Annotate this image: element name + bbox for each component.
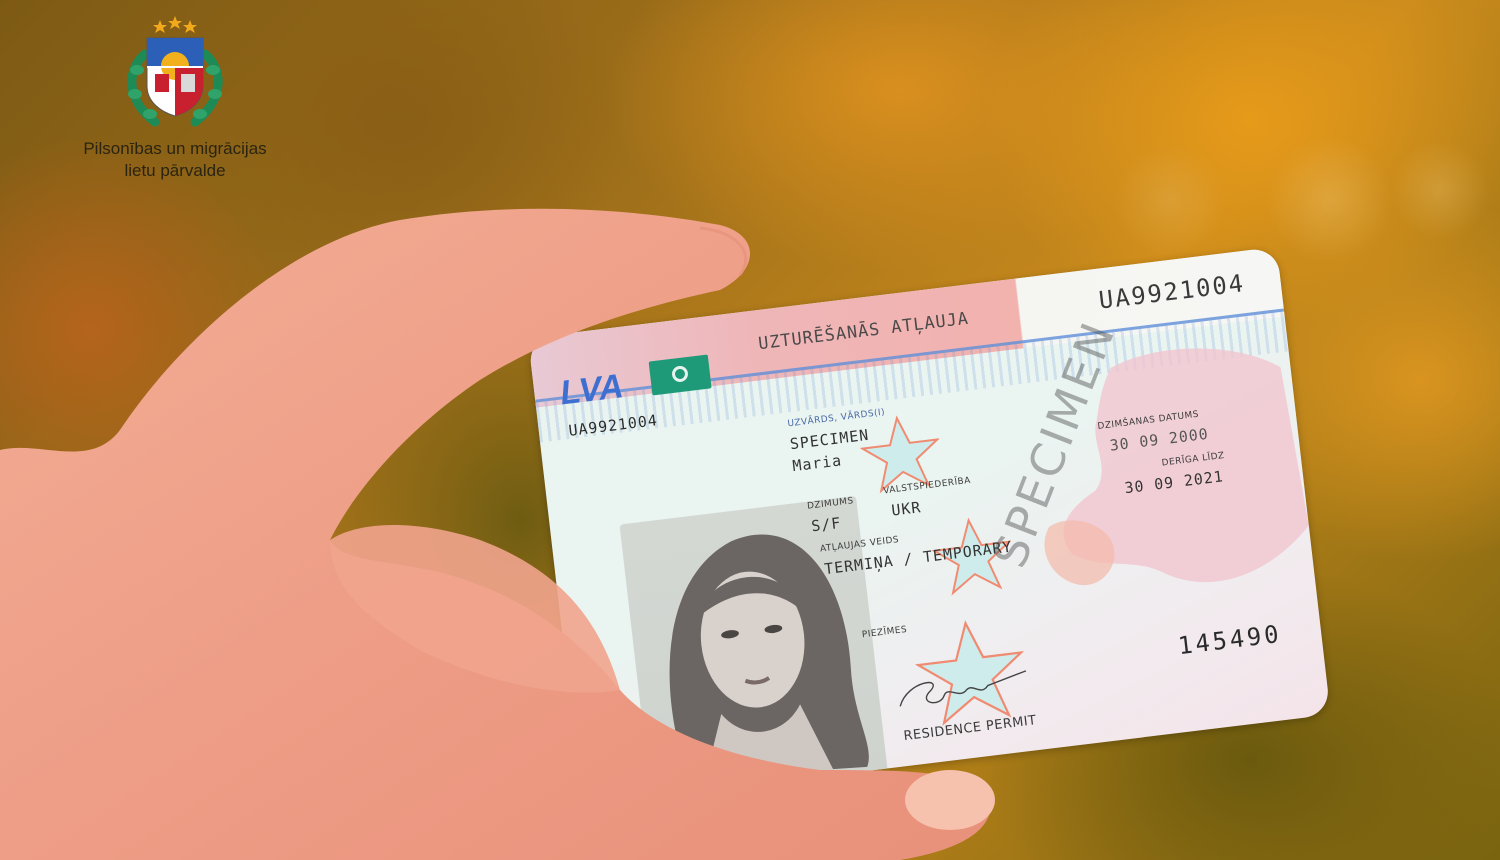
given-name-value: Maria xyxy=(792,451,843,475)
agency-name-line1: Pilsonības un migrācijas xyxy=(60,138,290,160)
agency-logo: Pilsonības un migrācijas lietu pārvalde xyxy=(60,14,290,182)
surname-value: SPECIMEN xyxy=(789,426,870,454)
agency-name-line2: lietu pārvalde xyxy=(60,160,290,182)
sex-value: S/F xyxy=(810,514,842,536)
card-face: LVA UZTURĒŠANĀS ATĻAUJA UA9921004 UA9921… xyxy=(528,247,1331,806)
residence-permit-card: LVA UZTURĒŠANĀS ATĻAUJA UA9921004 UA9921… xyxy=(528,247,1331,806)
lva-emblem-icon xyxy=(649,354,712,395)
nationality-value: UKR xyxy=(891,498,923,520)
lva-logo: LVA xyxy=(558,367,625,413)
agency-name: Pilsonības un migrācijas lietu pārvalde xyxy=(60,138,290,182)
latvia-coat-of-arms-icon xyxy=(115,14,235,132)
